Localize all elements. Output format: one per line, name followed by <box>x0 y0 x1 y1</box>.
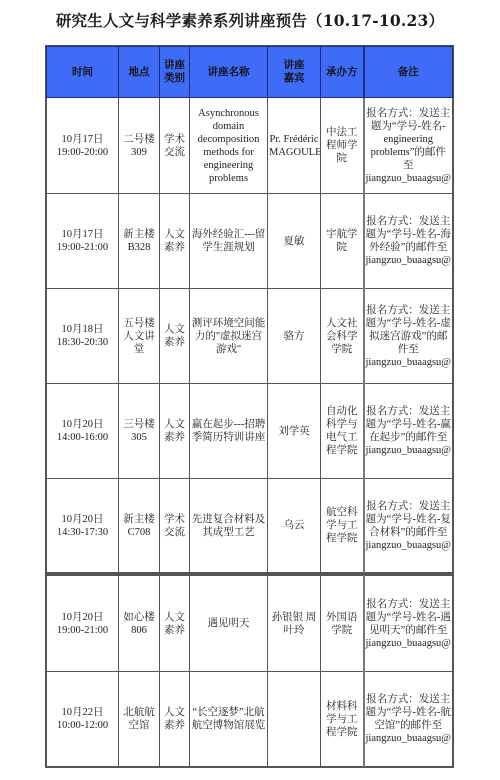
time-text: 19:00-21:00 <box>57 242 108 253</box>
header-speaker: 讲座嘉宾 <box>268 47 321 98</box>
speaker-cell <box>268 672 321 767</box>
table-header-row: 时间 地点 讲座类别 讲座名称 讲座嘉宾 承办方 备注 <box>47 47 453 98</box>
category-text: 人文素养 <box>164 706 186 732</box>
header-host: 承办方 <box>321 47 364 98</box>
category-text: 人文素养 <box>164 228 186 254</box>
category-text: 人文素养 <box>164 418 186 444</box>
category-text: 学术交流 <box>164 133 186 159</box>
table-row: 10月17日19:00-21:00 新主楼B328 人文素养 海外经验汇---留… <box>47 194 453 289</box>
date-text: 10月20日 <box>62 612 104 623</box>
date-text: 10月22日 <box>62 707 104 718</box>
host-cell: 宇航学院 <box>321 194 364 289</box>
lecture-name-cell: 遇见明天 <box>190 576 268 672</box>
note-cell: 报名方式：发送主题为“学号-姓名-复合材料”的邮件至jiangzuo_buaag… <box>364 479 453 573</box>
category-cell: 人文素养 <box>160 289 190 384</box>
note-cell: 报名方式：发送主题为“学号-姓名-航空馆”的邮件至jiangzuo_buaags… <box>364 672 453 767</box>
speaker-cell: 骆方 <box>268 289 321 384</box>
time-text: 10:00-12:00 <box>57 720 108 731</box>
location-cell: 北航航空馆 <box>119 672 160 767</box>
time-cell: 10月22日10:00-12:00 <box>47 672 119 767</box>
table-row: 10月18日18:30-20:30 五号楼人文讲堂 人文素养 测评环境空间能力的… <box>47 289 453 384</box>
header-name: 讲座名称 <box>190 47 268 98</box>
category-text: 学术交流 <box>164 513 186 539</box>
date-text: 10月17日 <box>62 134 104 145</box>
date-text: 10月20日 <box>62 419 104 430</box>
note-cell: 报名方式：发送主题为“学号-姓名-海外经验”的邮件至jiangzuo_buaag… <box>364 194 453 289</box>
header-note: 备注 <box>364 47 453 98</box>
lecture-name-cell: 海外经验汇---留学生涯规划 <box>190 194 268 289</box>
category-text: 人文素养 <box>164 611 186 637</box>
time-cell: 10月18日18:30-20:30 <box>47 289 119 384</box>
category-cell: 人文素养 <box>160 194 190 289</box>
time-text: 18:30-20:30 <box>57 337 108 348</box>
note-cell: 报名方式：发送主题为“学号-姓名-虚拟迷宫游戏”的邮件至jiangzuo_bua… <box>364 289 453 384</box>
speaker-cell: 乌云 <box>268 479 321 573</box>
category-cell: 人文素养 <box>160 576 190 672</box>
time-text: 14:00-16:00 <box>57 432 108 443</box>
lecture-name-cell: 先进复合材料及其成型工艺 <box>190 479 268 573</box>
speaker-cell: 刘学英 <box>268 384 321 479</box>
category-cell: 学术交流 <box>160 479 190 573</box>
page-title: 研究生人文与科学素养系列讲座预告（10.17-10.23） <box>0 9 500 31</box>
host-cell: 中法工程师学院 <box>321 98 364 194</box>
time-cell: 10月20日14:00-16:00 <box>47 384 119 479</box>
speaker-cell: Pr. Frédéric MAGOULES <box>268 98 321 194</box>
table-row: 10月17日19:00-20:00 二号楼309 学术交流 Asynchrono… <box>47 98 453 194</box>
table-row: 10月20日14:00-16:00 三号楼305 人文素养 赢在起步---招聘季… <box>47 384 453 479</box>
date-text: 10月20日 <box>62 514 104 525</box>
note-cell: 报名方式：发送主题为“学号-姓名-engineering problems”的邮… <box>364 98 453 194</box>
header-location: 地点 <box>119 47 160 98</box>
time-text: 19:00-21:00 <box>57 625 108 636</box>
table-row: 10月20日19:00-21:00 如心楼806 人文素养 遇见明天 孙银银 周… <box>47 576 453 672</box>
location-cell: 如心楼806 <box>119 576 160 672</box>
lecture-name-cell: Asynchronous domain decomposition method… <box>190 98 268 194</box>
category-text: 人文素养 <box>164 323 186 349</box>
table-row: 10月22日10:00-12:00 北航航空馆 人文素养 “长空逐梦”北航航空博… <box>47 672 453 767</box>
note-cell: 报名方式：发送主题为“学号-姓名-赢在起步”的邮件至jiangzuo_buaag… <box>364 384 453 479</box>
speaker-cell: 夏敏 <box>268 194 321 289</box>
speaker-cell: 孙银银 周叶玲 <box>268 576 321 672</box>
time-cell: 10月17日19:00-21:00 <box>47 194 119 289</box>
lecture-name-cell: 测评环境空间能力的"虚拟迷宫游戏" <box>190 289 268 384</box>
time-text: 14:30-17:30 <box>57 527 108 538</box>
lecture-schedule-table-continued: 10月20日19:00-21:00 如心楼806 人文素养 遇见明天 孙银银 周… <box>46 575 453 767</box>
time-cell: 10月17日19:00-20:00 <box>47 98 119 194</box>
table-row: 10月20日14:30-17:30 新主楼C708 学术交流 先进复合材料及其成… <box>47 479 453 573</box>
host-cell: 自动化科学与电气工程学院 <box>321 384 364 479</box>
location-cell: 新主楼B328 <box>119 194 160 289</box>
location-cell: 三号楼305 <box>119 384 160 479</box>
category-cell: 人文素养 <box>160 672 190 767</box>
lecture-name-cell: 赢在起步---招聘季简历特训讲座 <box>190 384 268 479</box>
host-cell: 外国语学院 <box>321 576 364 672</box>
location-cell: 新主楼C708 <box>119 479 160 573</box>
header-speaker-text: 讲座嘉宾 <box>283 59 305 85</box>
lecture-name-cell: “长空逐梦”北航航空博物馆展览 <box>190 672 268 767</box>
time-text: 19:00-20:00 <box>57 147 108 158</box>
category-cell: 人文素养 <box>160 384 190 479</box>
date-text: 10月18日 <box>62 324 104 335</box>
category-cell: 学术交流 <box>160 98 190 194</box>
host-cell: 材料科学与工程学院 <box>321 672 364 767</box>
location-cell: 五号楼人文讲堂 <box>119 289 160 384</box>
lecture-schedule-table: 时间 地点 讲座类别 讲座名称 讲座嘉宾 承办方 备注 10月17日19:00-… <box>46 46 453 573</box>
header-category: 讲座类别 <box>160 47 190 98</box>
date-text: 10月17日 <box>62 229 104 240</box>
time-cell: 10月20日14:30-17:30 <box>47 479 119 573</box>
location-cell: 二号楼309 <box>119 98 160 194</box>
time-cell: 10月20日19:00-21:00 <box>47 576 119 672</box>
header-time: 时间 <box>47 47 119 98</box>
host-cell: 航空科学与工程学院 <box>321 479 364 573</box>
note-cell: 报名方式：发送主题为“学号-姓名-遇见明天”的邮件至jiangzuo_buaag… <box>364 576 453 672</box>
header-category-text: 讲座类别 <box>164 59 186 85</box>
host-cell: 人文社会科学学院 <box>321 289 364 384</box>
